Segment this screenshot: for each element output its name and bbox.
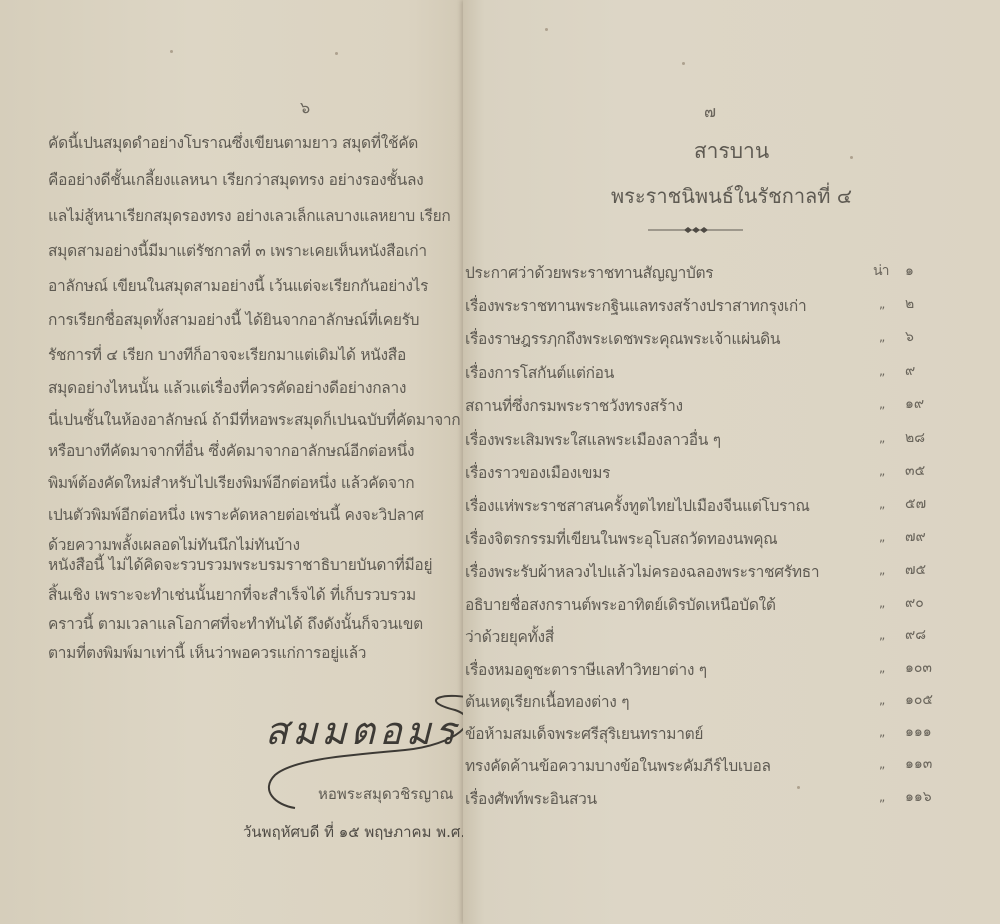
toc-entry-title: ทรงคัดค้านข้อความบางข้อในพระคัมภีร์ไบเบอ… — [465, 753, 771, 778]
toc-entry-page: ๒๘ — [905, 427, 925, 449]
ditto-mark: „ — [879, 596, 884, 610]
body-line: คืออย่างดีชั้นเกลี้ยงแลหนา เรียกว่าสมุดท… — [48, 167, 423, 192]
toc-title: สารบาน — [463, 135, 1000, 168]
ditto-mark: „ — [879, 693, 884, 707]
toc-row[interactable]: เรื่องจิตรกรรมที่เขียนในพระอุโบสถวัดทองน… — [463, 526, 1000, 550]
ditto-mark: „ — [879, 725, 884, 739]
left-page-number: ๖ — [300, 96, 310, 121]
body-line: ตามที่ตงพิมพ์มาเท่านี้ เห็นว่าพอควรแก่กา… — [48, 640, 366, 665]
ditto-mark: „ — [879, 563, 884, 577]
body-line: รัชการที่ ๔ เรียก บางทีก็อาจจะเรียกมาแต่… — [48, 342, 406, 367]
toc-entry-page: ๑๐๕ — [905, 689, 933, 711]
toc-row[interactable]: เรื่องพระรับผ้าหลวงไปแล้วไม่ครองฉลองพระร… — [463, 559, 1000, 583]
ditto-mark: „ — [879, 790, 884, 804]
toc-entry-title: เรื่องราวของเมืองเขมร — [465, 460, 610, 485]
toc-subtitle: พระราชนิพนธ์ในรัชกาลที่ ๔ — [463, 180, 1000, 212]
toc-entry-title: เรื่องจิตรกรรมที่เขียนในพระอุโบสถวัดทองน… — [465, 526, 777, 551]
toc-entry-title: เรื่องราษฎรรฦกถึงพระเดชพระคุณพระเจ้าแผ่น… — [465, 326, 780, 351]
paper-speck — [682, 62, 685, 65]
left-page: ๖ คัดนี้เปนสมุดดำอย่างโบราณซึ่งเขียนตามย… — [0, 0, 480, 924]
ditto-mark: „ — [879, 330, 884, 344]
toc-entry-title: เรื่องพระราชทานพระกฐินแลทรงสร้างปราสาทกร… — [465, 293, 806, 318]
toc-row[interactable]: ว่าด้วยยุคทั้งสี่ „ ๙๘ — [463, 624, 1000, 648]
toc-row[interactable]: สถานที่ซึ่งกรมพระราชวังทรงสร้าง „ ๑๙ — [463, 393, 1000, 417]
body-line: หรือบางทีคัดมาจากที่อื่น ซึ่งคัดมาจากอาล… — [48, 438, 414, 463]
paper-speck — [170, 50, 173, 53]
toc-entry-title: เรื่องแห่พระราชสาสนครั้งทูตไทยไปเมืองจีน… — [465, 493, 810, 518]
toc-entry-page: ๕๗ — [905, 493, 926, 515]
toc-entry-title: ข้อห้ามสมเด็จพระศรีสุริเยนทรามาตย์ — [465, 721, 703, 746]
toc-row[interactable]: เรื่องพระราชทานพระกฐินแลทรงสร้างปราสาทกร… — [463, 293, 1000, 317]
toc-entry-page: ๙ — [905, 360, 915, 382]
toc-entry-title: เรื่องหมอดูชะตาราษีแลทำวิทยาต่าง ๆ — [465, 657, 707, 682]
toc-entry-page: ๗๙ — [905, 526, 926, 548]
toc-entry-page: ๖ — [905, 326, 914, 348]
toc-row[interactable]: เรื่องการโสกันต์แต่ก่อน „ ๙ — [463, 360, 1000, 384]
toc-entry-title: เรื่องพระรับผ้าหลวงไปแล้วไม่ครองฉลองพระร… — [465, 559, 819, 584]
body-line: สิ้นเชิง เพราะจะทำเช่นนั้นยากที่จะสำเร็จ… — [48, 582, 416, 607]
toc-row[interactable]: เรื่องหมอดูชะตาราษีแลทำวิทยาต่าง ๆ „ ๑๐๓ — [463, 657, 1000, 681]
ditto-mark: „ — [879, 497, 884, 511]
toc-entry-title: เรื่องศัพท์พระอินสวน — [465, 786, 597, 811]
toc-entry-page: ๑๑๑ — [905, 721, 932, 743]
toc-entry-page: ๙๘ — [905, 624, 926, 646]
ditto-mark: „ — [879, 464, 884, 478]
body-line: พิมพ์ต้องคัดใหม่สำหรับไปเรียงพิมพ์อีกต่อ… — [48, 470, 414, 495]
body-line: อาลักษณ์ เขียนในสมุดสามอย่างนี้ เว้นแต่จ… — [48, 273, 428, 298]
ditto-mark: „ — [879, 431, 884, 445]
ditto-mark: „ — [879, 297, 884, 311]
body-line: คราวนี้ ตามเวลาแลโอกาศที่จะทำทันได้ ถึงด… — [48, 611, 423, 636]
toc-row[interactable]: เรื่องแห่พระราชสาสนครั้งทูตไทยไปเมืองจีน… — [463, 493, 1000, 517]
toc-row[interactable]: อธิบายชื่อสงกรานต์พระอาทิตย์เดิรบัดเหนือ… — [463, 592, 1000, 616]
body-line: คัดนี้เปนสมุดดำอย่างโบราณซึ่งเขียนตามยาว… — [48, 130, 418, 155]
toc-entry-title: ประกาศว่าด้วยพระราชทานสัญญาบัตร — [465, 260, 713, 285]
body-line: นี่เปนชั้นในห้องอาลักษณ์ ถ้ามีที่หอพระสม… — [48, 407, 460, 432]
toc-row[interactable]: ทรงคัดค้านข้อความบางข้อในพระคัมภีร์ไบเบอ… — [463, 753, 1000, 777]
toc-entry-title: ต้นเหตุเรียกเนื้อทองต่าง ๆ — [465, 689, 629, 714]
toc-entry-page: ๗๕ — [905, 559, 926, 581]
ditto-mark: „ — [879, 364, 884, 378]
toc-entry-title: เรื่องการโสกันต์แต่ก่อน — [465, 360, 614, 385]
ditto-mark: „ — [879, 757, 884, 771]
body-line: การเรียกชื่อสมุดทั้งสามอย่างนี้ ได้ยินจา… — [48, 307, 419, 332]
toc-row[interactable]: เรื่องศัพท์พระอินสวน „ ๑๑๖ — [463, 786, 1000, 810]
toc-row[interactable]: ข้อห้ามสมเด็จพระศรีสุริเยนทรามาตย์ „ ๑๑๑ — [463, 721, 1000, 745]
toc-entry-page: ๒ — [905, 293, 914, 315]
toc-entry-title: เรื่องพระเสิมพระใสแลพระเมืองลาวอื่น ๆ — [465, 427, 721, 452]
toc-row[interactable]: ประกาศว่าด้วยพระราชทานสัญญาบัตร น่า ๑ — [463, 260, 1000, 284]
toc-entry-page: ๑๑๖ — [905, 786, 932, 808]
toc-row[interactable]: ต้นเหตุเรียกเนื้อทองต่าง ๆ „ ๑๐๕ — [463, 689, 1000, 713]
toc-entry-title: อธิบายชื่อสงกรานต์พระอาทิตย์เดิรบัดเหนือ… — [465, 592, 776, 617]
ditto-mark: „ — [879, 661, 884, 675]
ornament-divider — [648, 226, 743, 234]
signer-organization: หอพระสมุดวชิรญาณ — [318, 782, 453, 806]
paper-speck — [850, 156, 853, 159]
toc-entry-page: ๑๑๓ — [905, 753, 932, 775]
body-line: เปนตัวพิมพ์อีกต่อหนึ่ง เพราะคัดหลายต่อเช… — [48, 502, 424, 527]
paper-speck — [545, 28, 548, 31]
toc-row[interactable]: เรื่องราวของเมืองเขมร „ ๓๕ — [463, 460, 1000, 484]
page-label: น่า — [873, 260, 888, 282]
body-line: สมุดอย่างไหนนั้น แล้วแต่เรื่องที่ควรคัดอ… — [48, 375, 406, 400]
body-line: สมุดสามอย่างนี้มีมาแต่รัชกาลที่ ๓ เพราะเ… — [48, 238, 427, 263]
body-line: หนังสือนี้ ไม่ได้คิดจะรวบรวมพระบรมราชาธิ… — [48, 552, 432, 577]
toc-entry-page: ๑ — [905, 260, 914, 282]
right-page-number: ๗ — [704, 100, 716, 125]
toc-row[interactable]: เรื่องราษฎรรฦกถึงพระเดชพระคุณพระเจ้าแผ่น… — [463, 326, 1000, 350]
toc-entry-page: ๑๙ — [905, 393, 924, 415]
toc-entry-title: ว่าด้วยยุคทั้งสี่ — [465, 624, 554, 649]
right-page: ๗ สารบาน พระราชนิพนธ์ในรัชกาลที่ ๔ ประกา… — [463, 0, 1000, 924]
ditto-mark: „ — [879, 397, 884, 411]
toc-entry-page: ๓๕ — [905, 460, 925, 482]
toc-entry-page: ๑๐๓ — [905, 657, 932, 679]
toc-row[interactable]: เรื่องพระเสิมพระใสแลพระเมืองลาวอื่น ๆ „ … — [463, 427, 1000, 451]
toc-entry-title: สถานที่ซึ่งกรมพระราชวังทรงสร้าง — [465, 393, 683, 418]
toc-entry-page: ๙๐ — [905, 592, 924, 614]
ditto-mark: „ — [879, 628, 884, 642]
paper-speck — [335, 52, 338, 55]
ditto-mark: „ — [879, 530, 884, 544]
body-line: แลไม่สู้หนาเรียกสมุดรองทรง อย่างเลวเล็กแ… — [48, 203, 450, 228]
signature-date: วันพฤหัศบดี ที่ ๑๕ พฤษภาคม พ.ศ. — [243, 820, 465, 844]
paper-speck — [797, 786, 800, 789]
